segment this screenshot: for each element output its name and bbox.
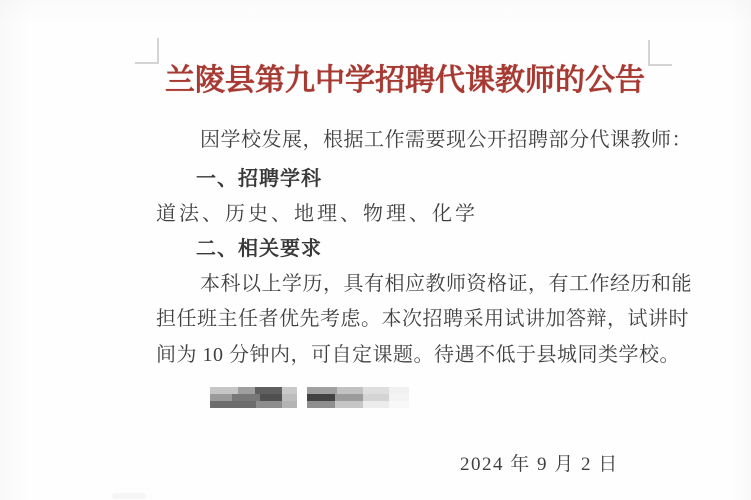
document-title: 兰陵县第九中学招聘代课教师的公告 — [140, 61, 670, 100]
intro-paragraph: 因学校发展，根据工作需要现公开招聘部分代课教师： — [200, 127, 692, 154]
document-page: 兰陵县第九中学招聘代课教师的公告 因学校发展，根据工作需要现公开招聘部分代课教师… — [0, 0, 751, 500]
section1-heading: 一、招聘学科 — [196, 166, 322, 193]
scan-smudge — [112, 493, 146, 499]
requirements-line-1: 本科以上学历，具有相应教师资格证，有工作经历和能 — [200, 271, 692, 298]
requirements-line-2: 担任班主任者优先考虑。本次招聘采用试讲加答辩，试讲时 — [156, 306, 689, 333]
requirements-line-3: 间为 10 分钟内，可自定课题。待遇不低于县城同类学校。 — [156, 342, 680, 369]
section2-heading: 二、相关要求 — [196, 236, 322, 263]
subjects-line: 道法、历史、地理、物理、化学 — [156, 201, 478, 228]
date-line: 2024 年 9 月 2 日 — [460, 452, 619, 478]
redacted-block — [210, 387, 297, 408]
redacted-block — [307, 387, 409, 408]
